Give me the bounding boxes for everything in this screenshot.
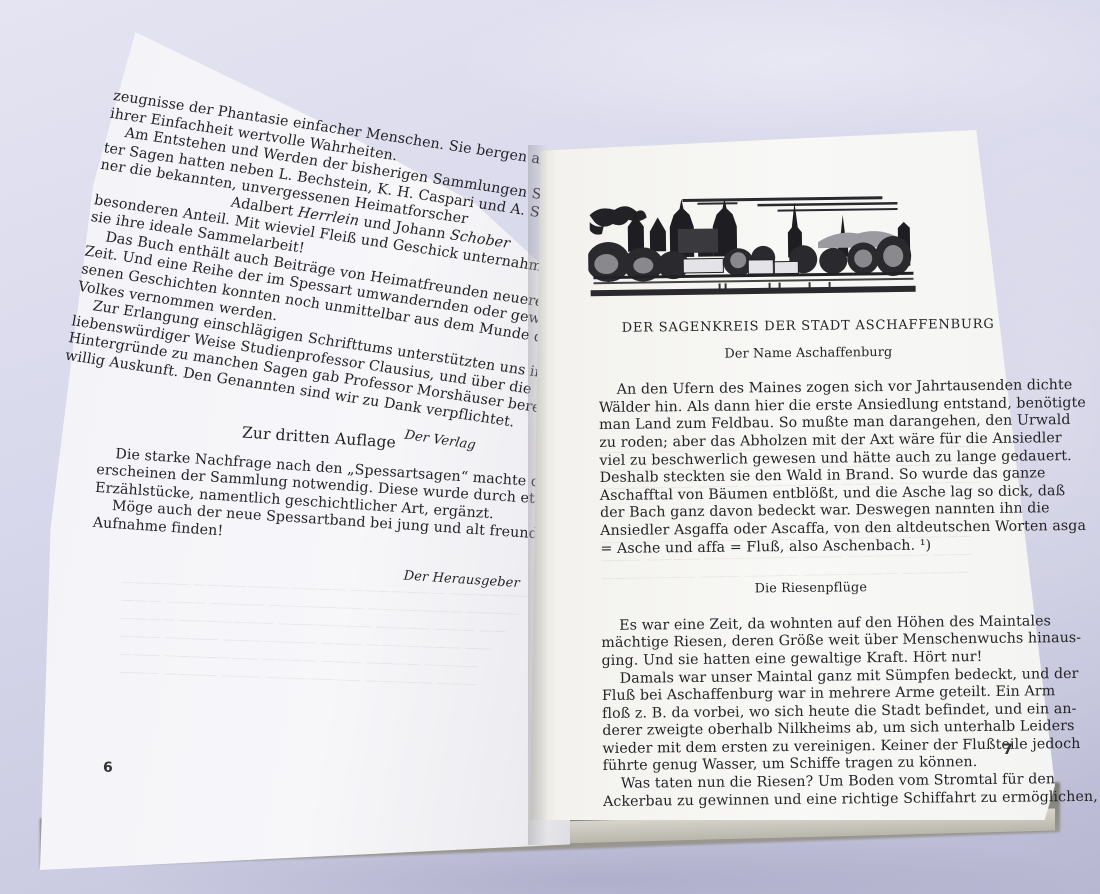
chapter-title: DER SAGENKREIS DER STADT ASCHAFFENBURG (598, 316, 1018, 338)
right-page-body: DER SAGENKREIS DER STADT ASCHAFFENBURG D… (598, 316, 1023, 812)
woodcut-illustration-town-skyline (587, 186, 919, 301)
page-number-right: 7 (1003, 742, 1013, 758)
book-gutter (528, 145, 548, 845)
section-title: Der Name Aschaffenburg (598, 342, 1018, 364)
section-title: Die Riesenpflüge (601, 578, 1021, 600)
page-number-left: 6 (103, 760, 113, 776)
left-page-body-top: zeugnisse der Phantasie einfacher Mensch… (59, 88, 541, 456)
left-page-body-bottom: Zur dritten Auflage Die starke Nachfrage… (90, 415, 539, 593)
bleed-through-text: ————— ——————— ———— ——————— —————— ——— ——… (118, 573, 530, 695)
